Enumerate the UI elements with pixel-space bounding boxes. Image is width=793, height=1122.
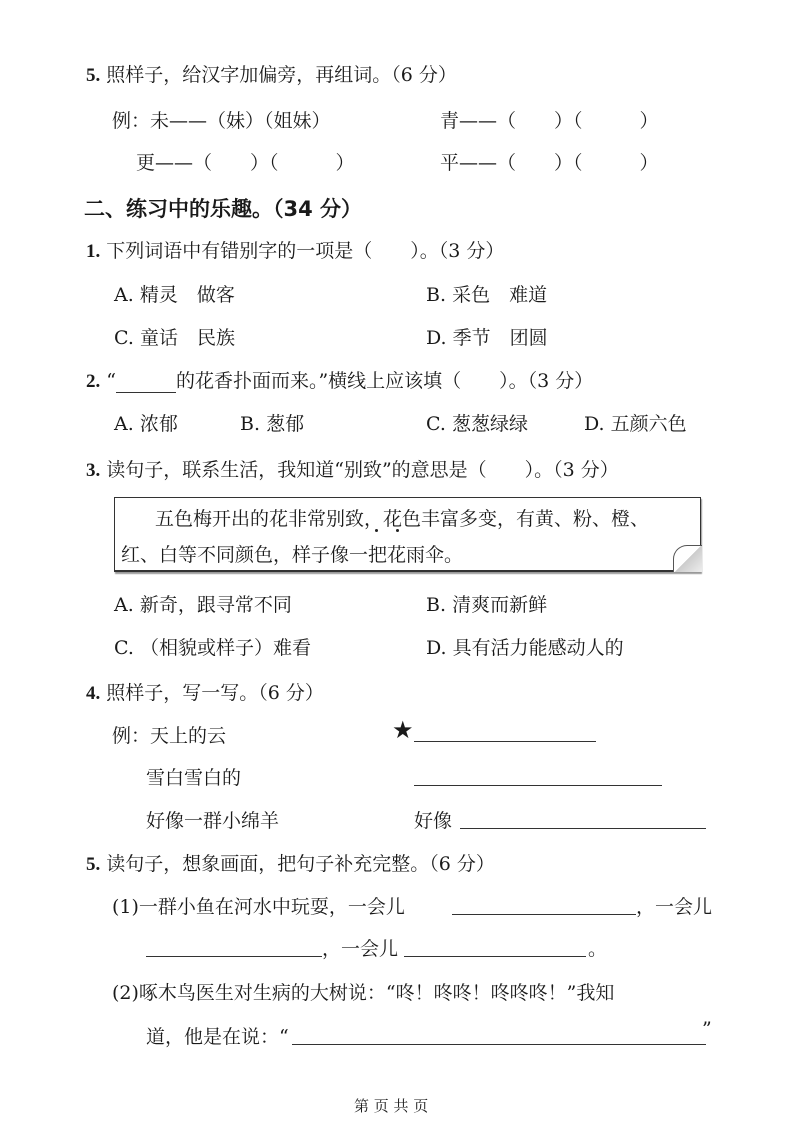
passage-line-1: 五色梅开出的花非常别致，花色丰富多变，有黄、粉、橙、 (155, 504, 649, 531)
q5-sub1-text: (1)一群小鱼在河水中玩耍，一会儿 (112, 892, 405, 919)
q5-item-ping[interactable]: 平——（ ）（ ） (440, 148, 659, 175)
answer-line[interactable] (452, 914, 636, 915)
q5-sub1-mid: ，一会儿 (636, 892, 712, 919)
q3-option-b[interactable]: B. 清爽而新鲜 (426, 590, 547, 617)
q4-haoxiang: 好像 (414, 806, 452, 833)
question-2-prompt: 2.“的花香扑面而来。”横线上应该填（ ）。（3 分） (86, 366, 593, 393)
answer-line[interactable] (414, 785, 662, 786)
q5-item-geng[interactable]: 更——（ ）（ ） (136, 148, 355, 175)
answer-line[interactable] (460, 828, 706, 829)
question-5-top-prompt: 5.照样子，给汉字加偏旁，再组词。（6 分） (86, 60, 457, 87)
question-1-prompt: 1.下列词语中有错别字的一项是（ ）。（3 分） (86, 236, 504, 263)
q4-example-line-1: 例：天上的云 (112, 721, 226, 748)
question-number: 5. (86, 65, 100, 86)
answer-line[interactable] (292, 1044, 706, 1045)
q1-option-d[interactable]: D. 季节 团圆 (426, 323, 548, 350)
answer-line[interactable] (404, 956, 586, 957)
q4-example-line-3: 好像一群小绵羊 (146, 806, 279, 833)
q1-option-c[interactable]: C. 童话 民族 (114, 323, 235, 350)
q2-option-b[interactable]: B. 葱郁 (240, 409, 304, 436)
q3-option-a[interactable]: A. 新奇，跟寻常不同 (114, 590, 292, 617)
q5-sub2-close: ” (702, 1018, 712, 1040)
emphasis-dot (375, 529, 378, 532)
q5-item-qing[interactable]: 青——（ ）（ ） (440, 106, 659, 133)
q5-sub1-end: 。 (588, 934, 607, 961)
q5-example: 例：未——（妹）（姐妹） (112, 106, 331, 133)
question-4-prompt: 4.照样子，写一写。（6 分） (86, 678, 324, 705)
star-icon: ★ (392, 716, 414, 744)
question-5-prompt: 5.读句子，想象画面，把句子补充完整。（6 分） (86, 849, 495, 876)
q5-sub2-line2: 道，他是在说：“ (146, 1022, 289, 1049)
q5-sub2-text: (2)啄木鸟医生对生病的大树说：“咚！咚咚！咚咚咚！”我知 (112, 978, 614, 1005)
q4-example-line-2: 雪白雪白的 (146, 763, 241, 790)
answer-line[interactable] (146, 956, 322, 957)
q2-option-a[interactable]: A. 浓郁 (114, 409, 178, 436)
q3-option-c[interactable]: C. （相貌或样子）难看 (114, 633, 311, 660)
question-3-prompt: 3.读句子，联系生活，我知道“别致”的意思是（ ）。（3 分） (86, 455, 619, 482)
page-footer: 第 页 共 页 (354, 1095, 428, 1116)
q1-option-b[interactable]: B. 采色 难道 (426, 280, 547, 307)
section-title: 二、练习中的乐趣。（34 分） (84, 193, 362, 223)
q2-option-c[interactable]: C. 葱葱绿绿 (426, 409, 528, 436)
q5-sub1-mid2: ，一会儿 (322, 934, 398, 961)
passage-line-2: 红、白等不同颜色，样子像一把花雨伞。 (121, 540, 463, 567)
q3-option-d[interactable]: D. 具有活力能感动人的 (426, 633, 624, 660)
page-curl-icon (673, 545, 702, 572)
answer-line[interactable] (414, 741, 596, 742)
fill-blank[interactable] (116, 372, 176, 393)
q2-option-d[interactable]: D. 五颜六色 (584, 409, 687, 436)
passage-box: 五色梅开出的花非常别致，花色丰富多变，有黄、粉、橙、 红、白等不同颜色，样子像一… (114, 497, 701, 572)
q1-option-a[interactable]: A. 精灵 做客 (114, 280, 235, 307)
emphasis-dot (396, 529, 399, 532)
